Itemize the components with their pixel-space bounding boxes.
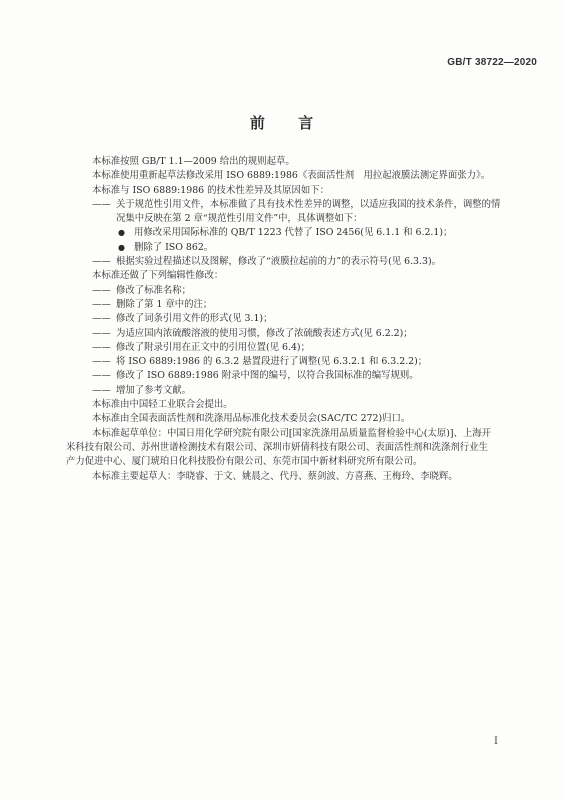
editorial-item: ——增加了参考文献。	[66, 384, 536, 398]
paragraph-editorial-intro: 本标准还做了下列编辑性修改：	[66, 269, 536, 283]
tech-diff-item: ——根据实验过程描述以及图解，修改了“液膜拉起前的力”的表示符号(见 6.3.3…	[66, 255, 536, 269]
foreword-body: 本标准按照 GB/T 1.1—2009 给出的规则起草。 本标准使用重新起草法修…	[66, 155, 536, 484]
paragraph-drafting-units: 本标准起草单位：中国日用化学研究院有限公司[国家洗涤用品质量监督检验中心(太原)…	[66, 427, 536, 441]
standard-code: GB/T 38722—2020	[447, 57, 537, 68]
paragraph-drafting-units-cont: 米科技有限公司、苏州世谱检测技术有限公司、深圳市妍倩科技有限公司、表面活性剂和洗…	[66, 441, 536, 455]
bullet-icon: ●	[118, 226, 134, 240]
editorial-item: ——修改了 ISO 6889:1986 附录中图的编号，以符合我国标准的编写规则…	[66, 369, 536, 383]
bullet-icon: ●	[118, 241, 134, 255]
page-title: 前 言	[0, 112, 565, 133]
dash-mark: ——	[92, 255, 116, 269]
page-number: I	[494, 736, 498, 747]
editorial-item: ——修改了词条引用文件的形式(见 3.1)；	[66, 312, 536, 326]
paragraph-adoption: 本标准使用重新起草法修改采用 ISO 6889:1986《表面活性剂 用拉起液膜…	[66, 169, 536, 183]
editorial-item: ——将 ISO 6889:1986 的 6.3.2 悬置段进行了调整(见 6.3…	[66, 355, 536, 369]
editorial-item: ——删除了第 1 章中的注；	[66, 298, 536, 312]
editorial-item: ——修改了附录引用在正文中的引用位置(见 6.4)；	[66, 341, 536, 355]
bullet-item: ●删除了 ISO 862。	[66, 241, 536, 255]
editorial-item: ——为适应国内浓硫酸溶液的使用习惯，修改了浓硫酸表述方式(见 6.2.2)；	[66, 327, 536, 341]
editorial-item: ——修改了标准名称；	[66, 284, 536, 298]
bullet-item: ●用修改采用国际标准的 QB/T 1223 代替了 ISO 2456(见 6.1…	[66, 226, 536, 240]
title-char-1: 前	[250, 114, 267, 132]
title-char-2: 言	[298, 114, 315, 132]
tech-diff-item: ——关于规范性引用文件，本标准做了具有技术性差异的调整，以适应我国的技术条件，调…	[66, 198, 536, 212]
paragraph-tech-diff-intro: 本标准与 ISO 6889:1986 的技术性差异及其原因如下：	[66, 184, 536, 198]
paragraph-drafting-rules: 本标准按照 GB/T 1.1—2009 给出的规则起草。	[66, 155, 536, 169]
paragraph-drafters: 本标准主要起草人：李晓睿、于文、姚晨之、代丹、蔡剑波、方喜燕、王梅玲、李晓辉。	[66, 470, 536, 484]
paragraph-proposer: 本标准由中国轻工业联合会提出。	[66, 398, 536, 412]
paragraph-drafting-units-cont: 产力促进中心、厦门琥珀日化科技股份有限公司、东莞市国中新材料研究所有限公司。	[66, 455, 536, 469]
tech-diff-item-cont: 况集中反映在第 2 章“规范性引用文件”中，具体调整如下：	[66, 212, 536, 226]
paragraph-committee: 本标准由全国表面活性剂和洗涤用品标准化技术委员会(SAC/TC 272)归口。	[66, 412, 536, 426]
dash-mark: ——	[92, 198, 116, 212]
